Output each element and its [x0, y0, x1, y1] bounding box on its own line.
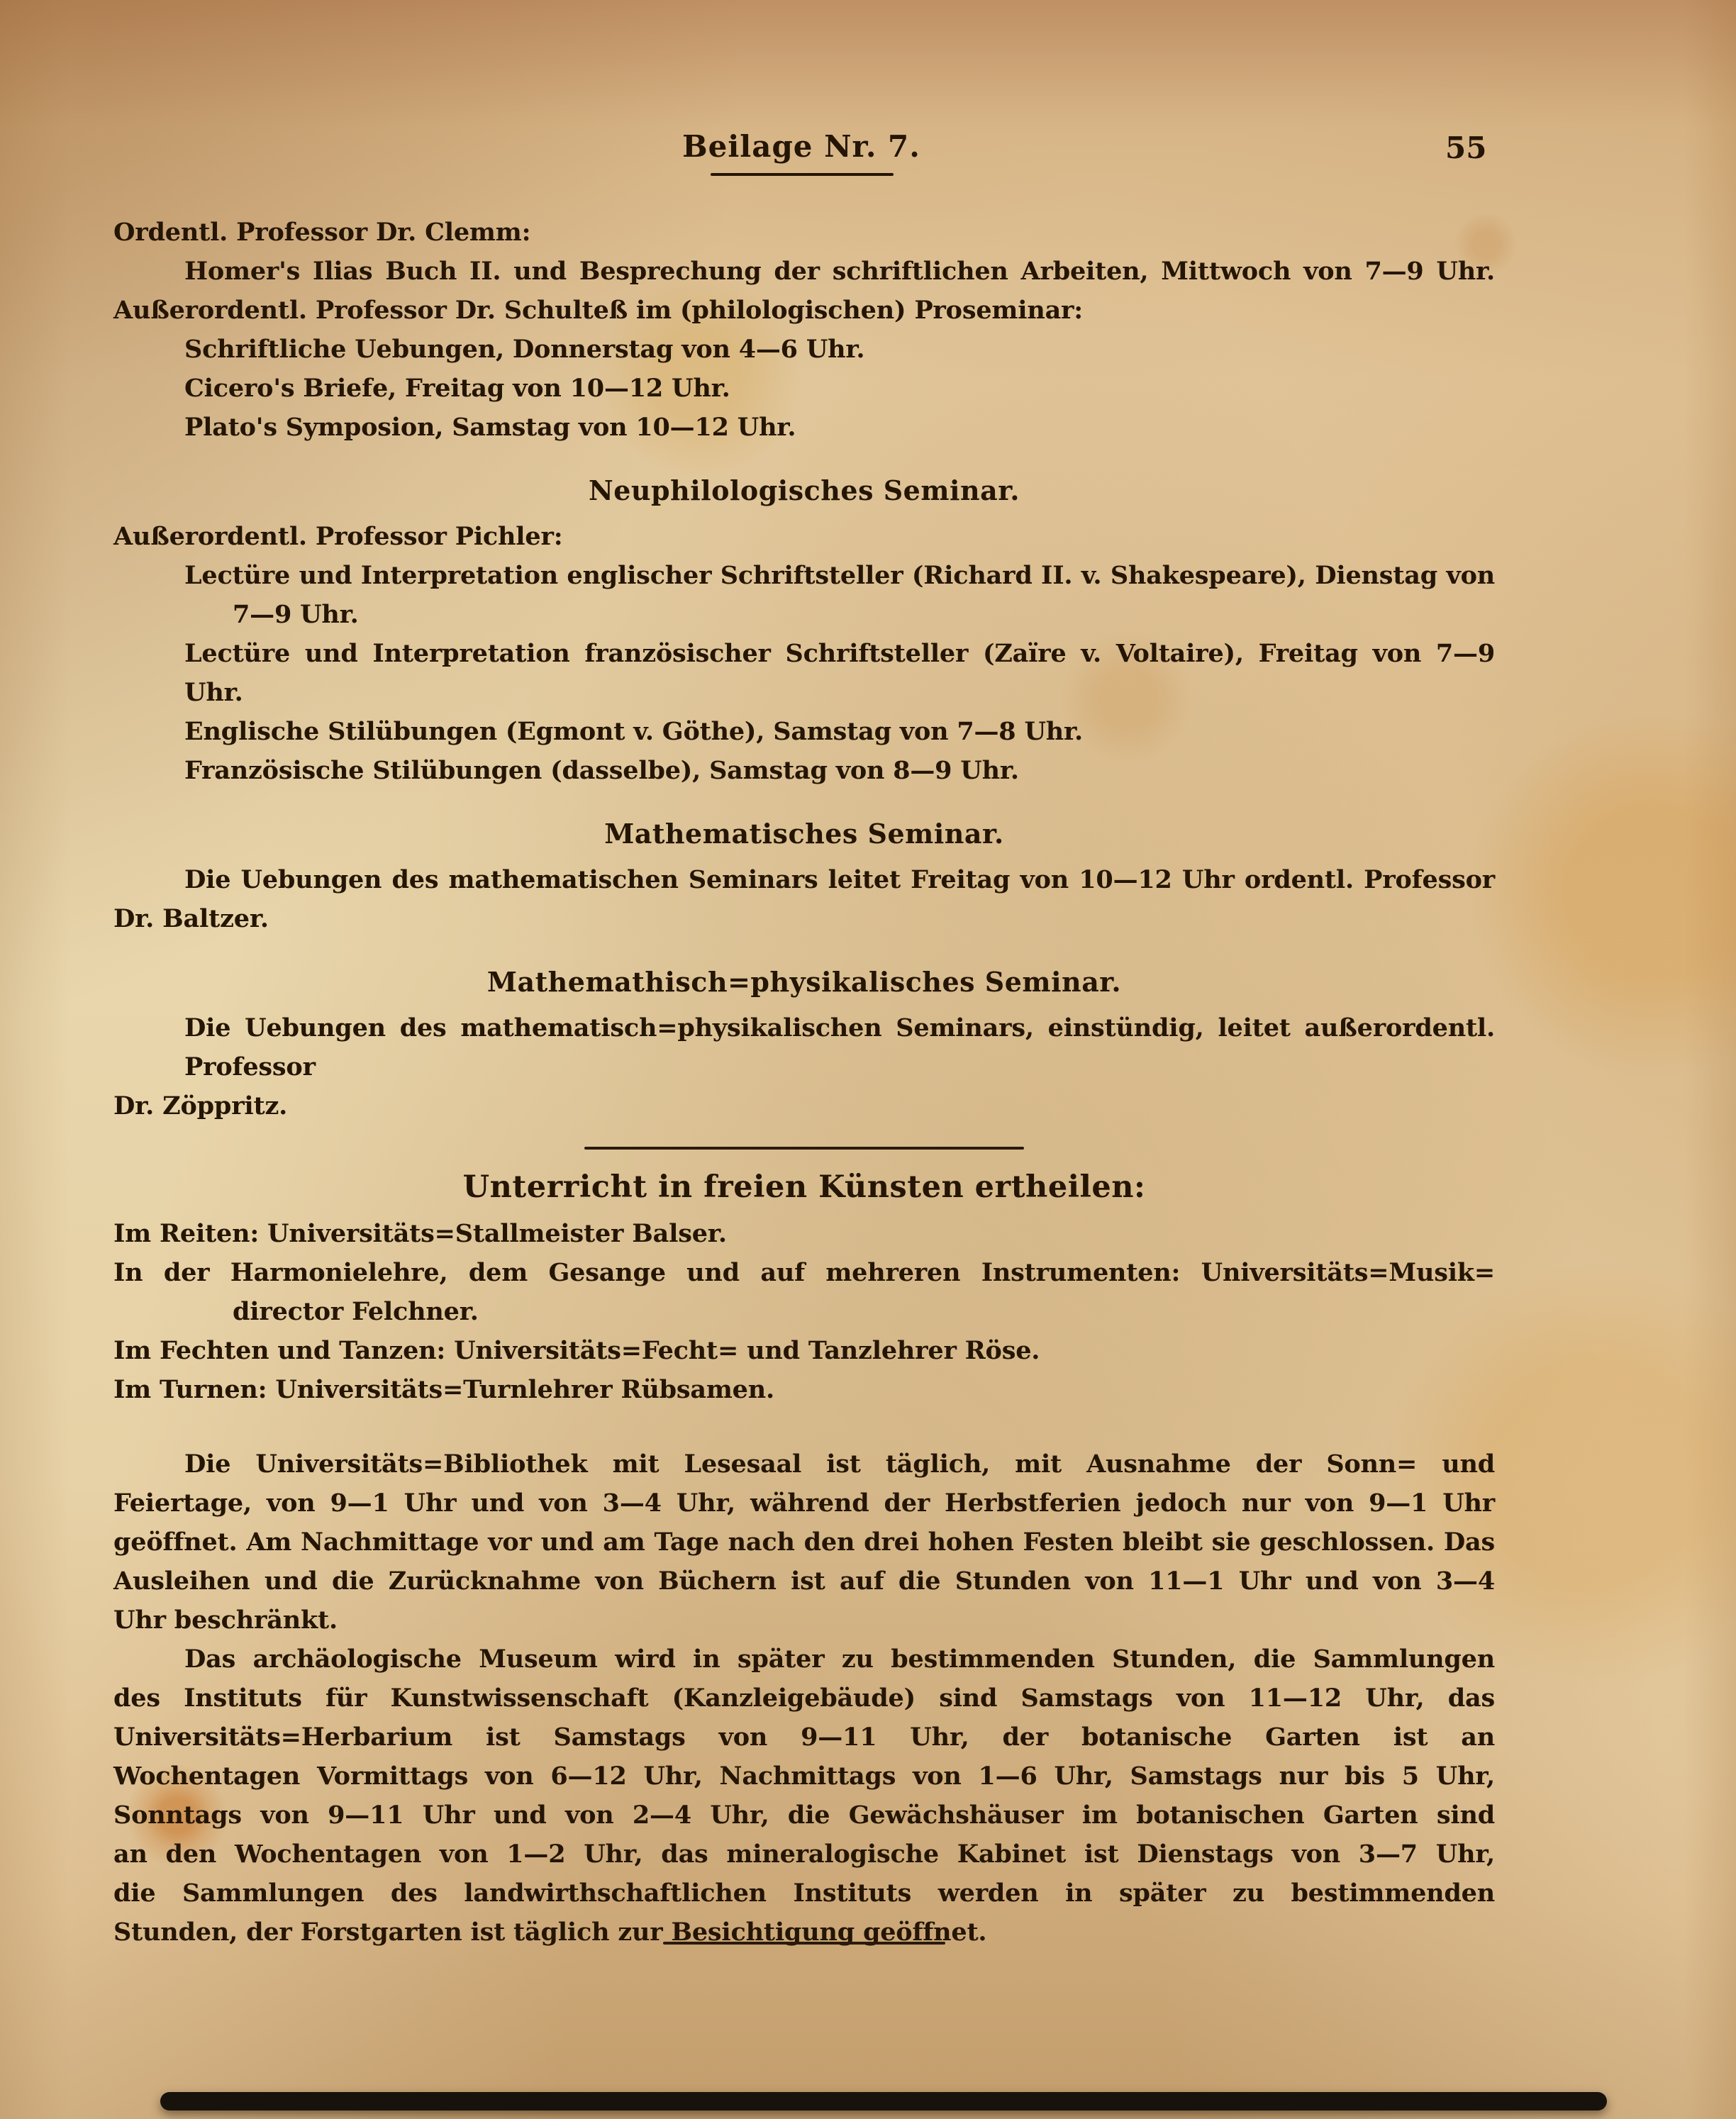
text-line: Schriftliche Uebungen, Donnerstag von 4—… [113, 330, 1495, 369]
text-line: Feiertage, von 9—1 Uhr und von 3—4 Uhr, … [113, 1484, 1495, 1523]
text-line: 7—9 Uhr. [113, 595, 1495, 634]
bottom-rule [663, 1942, 945, 1945]
section-heading: Unterricht in freien Künsten ertheilen: [113, 1168, 1495, 1207]
text-line: Das archäologische Museum wird in später… [113, 1640, 1495, 1679]
text-line: Die Uebungen des mathematischen Seminars… [113, 860, 1495, 899]
document-page: Beilage Nr. 7. 55 Ordentl. Professor Dr.… [0, 0, 1736, 2119]
divider-rule [584, 1147, 1024, 1150]
text-line: Im Turnen: Universitäts=Turnlehrer Rübsa… [113, 1370, 1495, 1409]
page-header: Beilage Nr. 7. 55 [0, 129, 1736, 193]
header-title: Beilage Nr. 7. [682, 129, 920, 164]
text-line: Sonntags von 9—11 Uhr und von 2—4 Uhr, d… [113, 1796, 1495, 1835]
text-line: Lectüre und Interpretation englischer Sc… [113, 556, 1495, 595]
text-line: Französische Stilübungen (dasselbe), Sam… [113, 751, 1495, 790]
text-line: die Sammlungen des landwirthschaftlichen… [113, 1874, 1495, 1913]
text-line: an den Wochentagen von 1—2 Uhr, das mine… [113, 1835, 1495, 1874]
section-heading: Mathemathisch=physikalisches Seminar. [113, 962, 1495, 1001]
text-line: Homer's Ilias Buch II. und Besprechung d… [113, 252, 1495, 291]
text-line: Im Fechten und Tanzen: Universitäts=Fech… [113, 1331, 1495, 1370]
text-line: Die Universitäts=Bibliothek mit Lesesaal… [113, 1445, 1495, 1484]
text-line: director Felchner. [113, 1292, 1495, 1331]
text-line: Cicero's Briefe, Freitag von 10—12 Uhr. [113, 369, 1495, 408]
text-line: Dr. Zöppritz. [113, 1086, 1495, 1125]
text-line: Universitäts=Herbarium ist Samstags von … [113, 1718, 1495, 1757]
text-line: Außerordentl. Professor Dr. Schulteß im … [113, 291, 1495, 330]
text-line: Die Uebungen des mathematisch=physikalis… [113, 1008, 1495, 1086]
section-heading: Mathematisches Seminar. [113, 814, 1495, 853]
text-line: Stunden, der Forstgarten ist täglich zur… [113, 1913, 1495, 1952]
text-line: Dr. Baltzer. [113, 899, 1495, 938]
text-line: Ordentl. Professor Dr. Clemm: [113, 213, 1495, 252]
text-line: Im Reiten: Universitäts=Stallmeister Bal… [113, 1214, 1495, 1253]
scan-edge-bar [160, 2092, 1607, 2110]
text-line: Lectüre und Interpretation französischer… [113, 634, 1495, 712]
text-line: Ausleihen und die Zurücknahme von Bücher… [113, 1562, 1495, 1601]
page-number: 55 [1445, 130, 1486, 165]
text-line: des Instituts für Kunstwissenschaft (Kan… [113, 1679, 1495, 1718]
text-line: Wochentagen Vormittags von 6—12 Uhr, Nac… [113, 1757, 1495, 1796]
text-line: Englische Stilübungen (Egmont v. Göthe),… [113, 712, 1495, 751]
document-body: Ordentl. Professor Dr. Clemm:Homer's Ili… [113, 213, 1495, 1952]
text-line: Außerordentl. Professor Pichler: [113, 517, 1495, 556]
spacer [113, 1409, 1495, 1445]
section-heading: Neuphilologisches Seminar. [113, 471, 1495, 510]
text-line: In der Harmonielehre, dem Gesange und au… [113, 1253, 1495, 1292]
text-line: geöffnet. Am Nachmittage vor und am Tage… [113, 1523, 1495, 1562]
text-line: Uhr beschränkt. [113, 1601, 1495, 1640]
header-underline [711, 173, 894, 176]
text-line: Plato's Symposion, Samstag von 10—12 Uhr… [113, 408, 1495, 447]
